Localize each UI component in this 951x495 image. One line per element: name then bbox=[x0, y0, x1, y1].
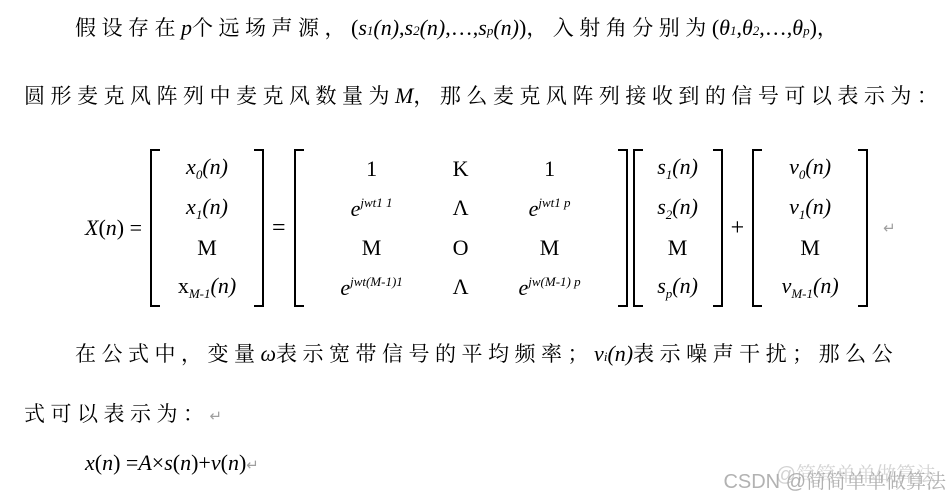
text-run: M-1 bbox=[791, 286, 813, 301]
text-run: M bbox=[395, 83, 413, 109]
bracket-right bbox=[858, 149, 868, 307]
text-run: M bbox=[800, 235, 820, 260]
text-run: v bbox=[789, 194, 799, 219]
text-run: (n) bbox=[805, 194, 831, 219]
matrix-cell: v1(n) bbox=[789, 196, 831, 221]
matrix-cell: sp(n) bbox=[657, 275, 698, 300]
text-run: ( bbox=[95, 450, 102, 476]
text-run: θ bbox=[792, 15, 803, 41]
text-run: ) bbox=[810, 15, 817, 41]
x-vector-matrix: x0(n)x1(n)MxM-1(n) bbox=[150, 149, 264, 307]
text-run: X bbox=[85, 215, 98, 240]
text-run: A bbox=[138, 450, 151, 476]
text-run: (n) bbox=[805, 154, 831, 179]
text-run: v bbox=[594, 341, 604, 367]
text-run: ) = bbox=[117, 215, 142, 240]
text-run: 在公式中，变量 bbox=[75, 338, 261, 368]
text-run: (n) bbox=[211, 273, 237, 298]
text-run: ↵ bbox=[246, 456, 259, 474]
text-run: (n) bbox=[493, 15, 519, 41]
text-run: ( bbox=[712, 15, 719, 41]
matrix-cell: 1 bbox=[544, 158, 555, 180]
text-run: n bbox=[180, 450, 191, 476]
matrix-cell: s1(n) bbox=[657, 156, 698, 181]
text-run: ↵ bbox=[210, 407, 223, 425]
text-run: 圆形麦克风阵列中麦克风数量为 bbox=[24, 80, 395, 110]
text-run: (n) bbox=[672, 194, 698, 219]
document-page: 假设存在 p 个远场声源，(s1(n),s2(n),…,sp(n))，入射角分别… bbox=[0, 0, 951, 495]
text-run: x bbox=[186, 154, 196, 179]
paragraph-line-3: 在公式中，变量ω表示宽带信号的平均频率；vi(n)表示噪声干扰；那么公 bbox=[75, 338, 898, 378]
text-run: M bbox=[362, 235, 382, 260]
text-run: M bbox=[197, 235, 217, 260]
text-run: ) = bbox=[113, 450, 138, 476]
text-run: 个远场声源， bbox=[192, 12, 351, 42]
bracket-right bbox=[254, 149, 264, 307]
text-run: n bbox=[106, 215, 117, 240]
text-run: 假设存在 bbox=[75, 12, 181, 42]
bracket-left bbox=[294, 149, 304, 307]
text-run: (n) bbox=[373, 15, 399, 41]
matrix-cell: ejwt(M-1)1 bbox=[340, 275, 402, 299]
text-run: ( bbox=[98, 215, 105, 240]
text-run: s bbox=[657, 154, 666, 179]
bracket-left bbox=[150, 149, 160, 307]
text-run: θ bbox=[742, 15, 753, 41]
matrix-cell: M bbox=[362, 237, 382, 259]
text-run: e bbox=[351, 196, 361, 221]
plus-sign: + bbox=[728, 215, 748, 242]
text-run: x bbox=[85, 450, 95, 476]
matrix-equation: X(n) = x0(n)x1(n)MxM-1(n) = 1K1ejwt1 1Λe… bbox=[85, 146, 896, 310]
inline-equation: x(n) = A×s(n)+v(n) ↵ bbox=[85, 450, 259, 490]
text-run: (n) bbox=[202, 154, 228, 179]
matrix-cell: ejwt1 p bbox=[529, 196, 571, 220]
text-run: Λ bbox=[453, 195, 469, 220]
text-run: e bbox=[340, 275, 350, 300]
matrix-cell: M bbox=[540, 237, 560, 259]
matrix-cell: M bbox=[800, 237, 820, 259]
text-run: p bbox=[181, 15, 192, 41]
text-run: 1 bbox=[544, 156, 555, 181]
text-run: v bbox=[782, 273, 792, 298]
text-run: jwt1 1 bbox=[360, 195, 392, 210]
text-run: θ bbox=[719, 15, 730, 41]
text-run: e bbox=[529, 196, 539, 221]
paragraph-mark: ↵ bbox=[883, 219, 896, 237]
matrix-cell: s2(n) bbox=[657, 196, 698, 221]
source-vector-matrix: s1(n)s2(n)Msp(n) bbox=[633, 149, 723, 307]
text-run: 表示宽带信号的平均频率； bbox=[276, 338, 594, 368]
text-run: x bbox=[178, 273, 189, 298]
text-run: s bbox=[478, 15, 487, 41]
text-run: ,…, bbox=[759, 15, 792, 41]
text-run: s bbox=[405, 15, 414, 41]
matrix-cell: 1 bbox=[366, 158, 377, 180]
text-run: (n) bbox=[672, 154, 698, 179]
steering-matrix: 1K1ejwt1 1Λejwt1 pMOMejwt(M-1)1Λejw(M-1)… bbox=[294, 149, 628, 307]
text-run: ) bbox=[519, 15, 526, 41]
text-run: x bbox=[186, 194, 196, 219]
matrix-cell: Λ bbox=[453, 276, 469, 298]
text-run: ，那么麦克风阵列接收到的信号可以表示为： bbox=[413, 80, 943, 110]
text-run: s bbox=[657, 273, 666, 298]
paragraph-line-1: 假设存在 p 个远场声源，(s1(n),s2(n),…,sp(n))，入射角分别… bbox=[75, 12, 843, 52]
matrix-cell: ejw(M-1) p bbox=[519, 275, 581, 299]
text-run: jw(M-1) p bbox=[528, 274, 580, 289]
matrix-cell: vM-1(n) bbox=[782, 275, 839, 300]
text-run: 1 bbox=[366, 156, 377, 181]
text-run: e bbox=[519, 275, 529, 300]
text-run: M-1 bbox=[189, 286, 211, 301]
text-run: jwt1 p bbox=[538, 195, 570, 210]
matrix-cell: M bbox=[197, 237, 217, 259]
text-run: Λ bbox=[453, 274, 469, 299]
matrix-cell: v0(n) bbox=[789, 156, 831, 181]
text-run: K bbox=[453, 156, 469, 181]
bracket-right bbox=[618, 149, 628, 307]
noise-vector-matrix: v0(n)v1(n)MvM-1(n) bbox=[752, 149, 868, 307]
paragraph-line-2: 圆形麦克风阵列中麦克风数量为M，那么麦克风阵列接收到的信号可以表示为： bbox=[24, 80, 943, 120]
text-run: + bbox=[198, 450, 210, 476]
matrix-cell: xM-1(n) bbox=[178, 275, 236, 300]
csdn-watermark: @简简单单做算法CSDN @简简单单做算法 bbox=[723, 465, 946, 494]
text-run: 表示噪声干扰；那么公 bbox=[633, 338, 898, 368]
matrix-cell: M bbox=[668, 237, 688, 259]
paragraph-line-4: 式可以表示为： ↵ bbox=[24, 398, 222, 438]
text-run: ( bbox=[351, 15, 358, 41]
text-run: 式可以表示为： bbox=[24, 398, 210, 428]
equals-sign: = bbox=[269, 215, 289, 242]
text-run: O bbox=[453, 235, 469, 260]
text-run: v bbox=[789, 154, 799, 179]
matrix-cell: x1(n) bbox=[186, 196, 228, 221]
text-run: n bbox=[228, 450, 239, 476]
text-run: v bbox=[211, 450, 221, 476]
text-run: ， bbox=[817, 12, 844, 42]
text-run: M bbox=[540, 235, 560, 260]
text-run: ) bbox=[191, 450, 198, 476]
watermark-ghost-handle: @简简单单做算法 bbox=[776, 458, 936, 487]
text-run: ω bbox=[261, 341, 277, 367]
text-run: (n) bbox=[607, 341, 633, 367]
bracket-left bbox=[752, 149, 762, 307]
equation-lhs: X(n) = bbox=[85, 215, 145, 241]
matrix-cell: K bbox=[453, 158, 469, 180]
matrix-cell: x0(n) bbox=[186, 156, 228, 181]
text-run: ) bbox=[239, 450, 246, 476]
text-run: (n) bbox=[813, 273, 839, 298]
matrix-cell: Λ bbox=[453, 197, 469, 219]
text-run: n bbox=[102, 450, 113, 476]
text-run: ,…, bbox=[445, 15, 478, 41]
text-run: × bbox=[152, 450, 164, 476]
matrix-cell: O bbox=[453, 237, 469, 259]
bracket-right bbox=[713, 149, 723, 307]
text-run: (n) bbox=[672, 273, 698, 298]
text-run: s bbox=[657, 194, 666, 219]
text-run: M bbox=[668, 235, 688, 260]
text-run: ( bbox=[221, 450, 228, 476]
text-run: s bbox=[164, 450, 173, 476]
text-run: (n) bbox=[202, 194, 228, 219]
text-run: ，入射角分别为 bbox=[526, 12, 712, 42]
matrix-cell: ejwt1 1 bbox=[351, 196, 393, 220]
text-run: jwt(M-1)1 bbox=[350, 274, 403, 289]
text-run: ( bbox=[173, 450, 180, 476]
bracket-left bbox=[633, 149, 643, 307]
text-run: (n) bbox=[420, 15, 446, 41]
text-run: s bbox=[358, 15, 367, 41]
